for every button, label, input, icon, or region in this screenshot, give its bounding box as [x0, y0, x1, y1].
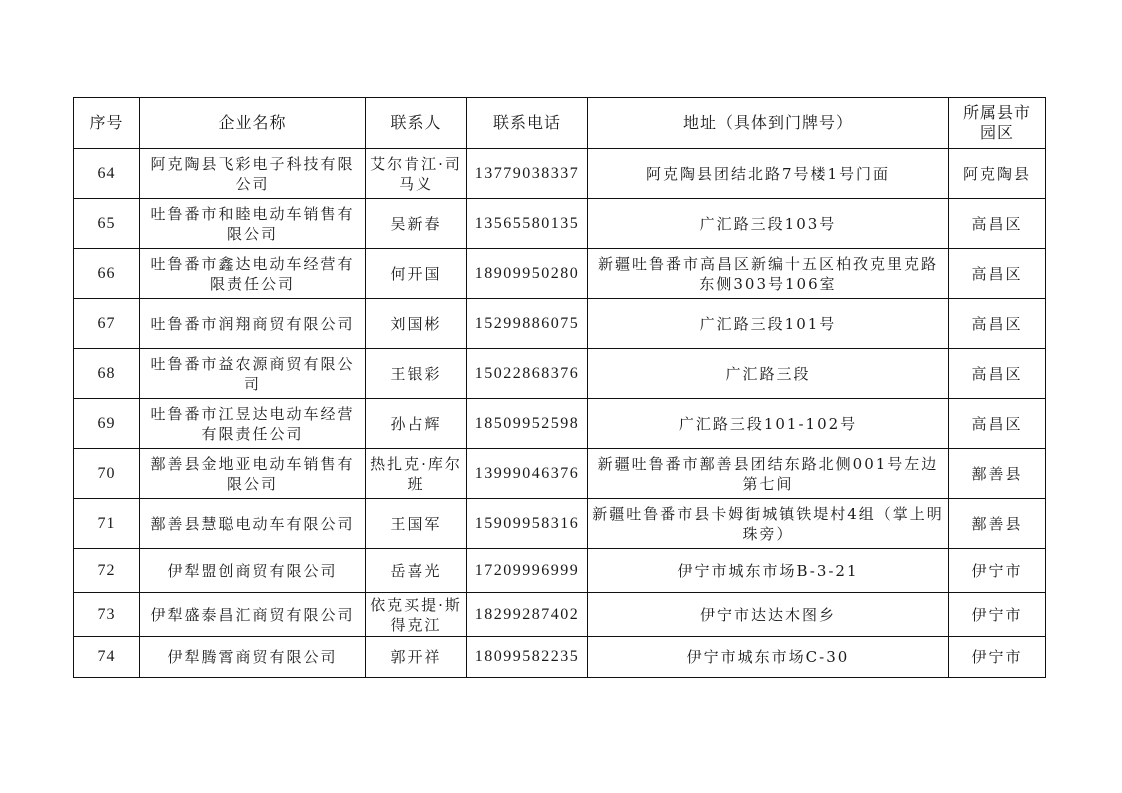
cell-address: 阿克陶县团结北路7号楼1号门面: [588, 149, 949, 199]
cell-address: 广汇路三段101-102号: [588, 399, 949, 449]
cell-index: 69: [74, 399, 140, 449]
cell-phone: 15299886075: [467, 299, 588, 349]
cell-phone: 15022868376: [467, 349, 588, 399]
cell-company: 阿克陶县飞彩电子科技有限公司: [140, 149, 366, 199]
cell-district: 鄯善县: [949, 499, 1046, 549]
cell-company: 伊犁腾霄商贸有限公司: [140, 637, 366, 678]
cell-district: 阿克陶县: [949, 149, 1046, 199]
cell-phone: 17209996999: [467, 549, 588, 593]
cell-address: 广汇路三段101号: [588, 299, 949, 349]
cell-address: 新疆吐鲁番市鄯善县团结东路北侧001号左边第七间: [588, 449, 949, 499]
cell-district: 伊宁市: [949, 637, 1046, 678]
cell-index: 73: [74, 593, 140, 637]
cell-company: 鄯善县金地亚电动车销售有限公司: [140, 449, 366, 499]
cell-address: 新疆吐鲁番市县卡姆街城镇铁堤村4组（掌上明珠旁）: [588, 499, 949, 549]
table-row: 71 鄯善县慧聪电动车有限公司 王国军 15909958316 新疆吐鲁番市县卡…: [74, 499, 1046, 549]
header-contact: 联系人: [366, 98, 467, 149]
cell-index: 71: [74, 499, 140, 549]
cell-district: 高昌区: [949, 199, 1046, 249]
header-company: 企业名称: [140, 98, 366, 149]
cell-contact: 王国军: [366, 499, 467, 549]
cell-company: 伊犁盟创商贸有限公司: [140, 549, 366, 593]
cell-district: 鄯善县: [949, 449, 1046, 499]
cell-phone: 13779038337: [467, 149, 588, 199]
cell-index: 64: [74, 149, 140, 199]
table-row: 64 阿克陶县飞彩电子科技有限公司 艾尔肯江·司马义 13779038337 阿…: [74, 149, 1046, 199]
table-row: 68 吐鲁番市益农源商贸有限公司 王银彩 15022868376 广汇路三段 高…: [74, 349, 1046, 399]
cell-company: 吐鲁番市鑫达电动车经营有限责任公司: [140, 249, 366, 299]
header-district: 所属县市园区: [949, 98, 1046, 149]
cell-contact: 热扎克·库尔班: [366, 449, 467, 499]
table-row: 70 鄯善县金地亚电动车销售有限公司 热扎克·库尔班 13999046376 新…: [74, 449, 1046, 499]
cell-contact: 孙占辉: [366, 399, 467, 449]
cell-phone: 18299287402: [467, 593, 588, 637]
cell-district: 高昌区: [949, 399, 1046, 449]
header-address: 地址（具体到门牌号）: [588, 98, 949, 149]
cell-contact: 依克买提·斯得克江: [366, 593, 467, 637]
cell-contact: 郭开祥: [366, 637, 467, 678]
cell-index: 67: [74, 299, 140, 349]
cell-phone: 15909958316: [467, 499, 588, 549]
cell-company: 吐鲁番市益农源商贸有限公司: [140, 349, 366, 399]
table-header-row: 序号 企业名称 联系人 联系电话 地址（具体到门牌号） 所属县市园区: [74, 98, 1046, 149]
header-index: 序号: [74, 98, 140, 149]
cell-phone: 18909950280: [467, 249, 588, 299]
cell-phone: 13565580135: [467, 199, 588, 249]
cell-index: 72: [74, 549, 140, 593]
cell-address: 广汇路三段: [588, 349, 949, 399]
cell-address: 广汇路三段103号: [588, 199, 949, 249]
cell-address: 伊宁市达达木图乡: [588, 593, 949, 637]
cell-contact: 王银彩: [366, 349, 467, 399]
cell-phone: 13999046376: [467, 449, 588, 499]
table-row: 73 伊犁盛泰昌汇商贸有限公司 依克买提·斯得克江 18299287402 伊宁…: [74, 593, 1046, 637]
cell-address: 新疆吐鲁番市高昌区新编十五区柏孜克里克路东侧303号106室: [588, 249, 949, 299]
cell-district: 高昌区: [949, 349, 1046, 399]
cell-contact: 岳喜光: [366, 549, 467, 593]
cell-district: 伊宁市: [949, 593, 1046, 637]
cell-company: 伊犁盛泰昌汇商贸有限公司: [140, 593, 366, 637]
cell-index: 70: [74, 449, 140, 499]
company-roster-table: 序号 企业名称 联系人 联系电话 地址（具体到门牌号） 所属县市园区 64 阿克…: [73, 97, 1046, 678]
cell-district: 高昌区: [949, 299, 1046, 349]
cell-contact: 刘国彬: [366, 299, 467, 349]
cell-address: 伊宁市城东市场C-30: [588, 637, 949, 678]
table-row: 72 伊犁盟创商贸有限公司 岳喜光 17209996999 伊宁市城东市场B-3…: [74, 549, 1046, 593]
cell-contact: 何开国: [366, 249, 467, 299]
table-row: 66 吐鲁番市鑫达电动车经营有限责任公司 何开国 18909950280 新疆吐…: [74, 249, 1046, 299]
cell-phone: 18509952598: [467, 399, 588, 449]
cell-index: 66: [74, 249, 140, 299]
cell-address: 伊宁市城东市场B-3-21: [588, 549, 949, 593]
cell-district: 伊宁市: [949, 549, 1046, 593]
table-row: 67 吐鲁番市润翔商贸有限公司 刘国彬 15299886075 广汇路三段101…: [74, 299, 1046, 349]
table-row: 74 伊犁腾霄商贸有限公司 郭开祥 18099582235 伊宁市城东市场C-3…: [74, 637, 1046, 678]
cell-contact: 艾尔肯江·司马义: [366, 149, 467, 199]
document-page: 序号 企业名称 联系人 联系电话 地址（具体到门牌号） 所属县市园区 64 阿克…: [0, 0, 1122, 793]
cell-phone: 18099582235: [467, 637, 588, 678]
cell-contact: 吴新春: [366, 199, 467, 249]
table-row: 69 吐鲁番市江昱达电动车经营有限责任公司 孙占辉 18509952598 广汇…: [74, 399, 1046, 449]
cell-company: 吐鲁番市江昱达电动车经营有限责任公司: [140, 399, 366, 449]
table-row: 65 吐鲁番市和睦电动车销售有限公司 吴新春 13565580135 广汇路三段…: [74, 199, 1046, 249]
cell-index: 65: [74, 199, 140, 249]
cell-index: 74: [74, 637, 140, 678]
cell-index: 68: [74, 349, 140, 399]
cell-company: 鄯善县慧聪电动车有限公司: [140, 499, 366, 549]
header-phone: 联系电话: [467, 98, 588, 149]
cell-company: 吐鲁番市润翔商贸有限公司: [140, 299, 366, 349]
cell-district: 高昌区: [949, 249, 1046, 299]
cell-company: 吐鲁番市和睦电动车销售有限公司: [140, 199, 366, 249]
